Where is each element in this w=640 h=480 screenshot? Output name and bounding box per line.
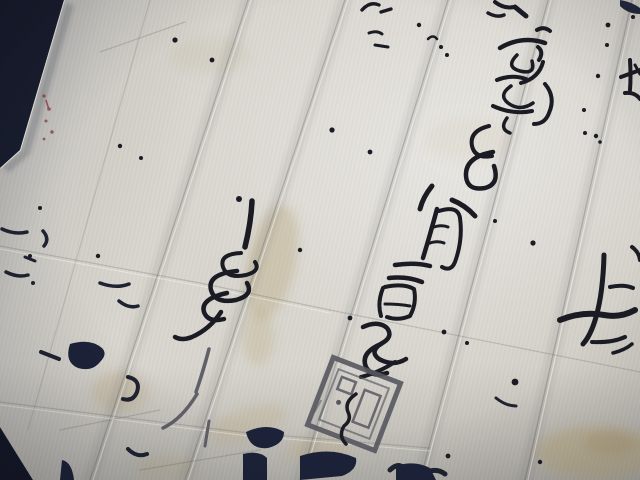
right-column-calligraphy <box>560 60 640 353</box>
fold-creases <box>0 0 640 480</box>
document-artwork <box>0 0 640 480</box>
photo-frame: 八月二日 Photograph of an antique Japanese h… <box>0 0 640 480</box>
paper-edge <box>0 0 70 480</box>
month-day-characters <box>379 186 475 319</box>
